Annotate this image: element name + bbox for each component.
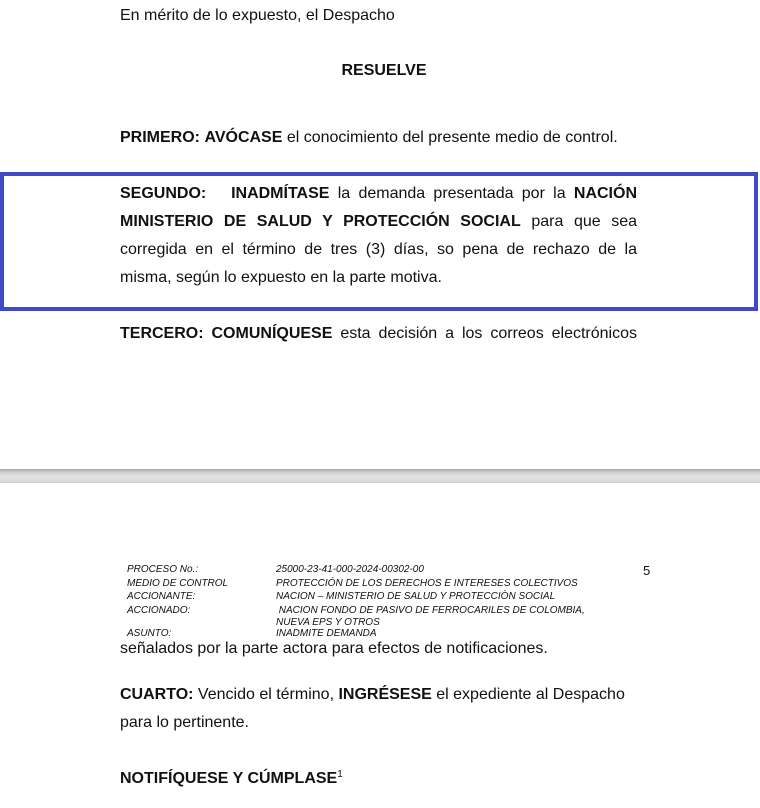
case-header-table: PROCESO No.:25000-23-41-000-2024-00302-0… — [127, 563, 596, 640]
tercero-continuation: señalados por la parte actora para efect… — [120, 635, 637, 663]
header-row-accionante: ACCIONANTE:NACION – MINISTERIO DE SALUD … — [127, 590, 596, 604]
page-separator — [0, 469, 760, 483]
header-row-medio: MEDIO DE CONTROLPROTECCIÓN DE LOS DERECH… — [127, 577, 596, 591]
footnote-reference[interactable]: 1 — [337, 769, 343, 780]
header-row-proceso: PROCESO No.:25000-23-41-000-2024-00302-0… — [127, 563, 596, 577]
header-row-accionado-cont: NUEVA EPS Y OTROS — [127, 617, 596, 628]
document-page-4: En mérito de lo expuesto, el Despacho RE… — [0, 0, 760, 469]
resuelve-heading: RESUELVE — [120, 57, 648, 85]
closing-formula: NOTIFÍQUESE Y CÚMPLASE1 — [120, 765, 637, 793]
page-number: 5 — [643, 563, 650, 578]
header-row-accionado: ACCIONADO: NACION FONDO DE PASIVO DE FER… — [127, 604, 596, 618]
cuarto-paragraph: CUARTO: Vencido el término, INGRÉSESE el… — [120, 681, 637, 737]
intro-paragraph: En mérito de lo expuesto, el Despacho — [120, 2, 637, 30]
tercero-paragraph: TERCERO: COMUNÍQUESE esta decisión a los… — [120, 320, 637, 348]
primero-paragraph: PRIMERO: AVÓCASE el conocimiento del pre… — [120, 124, 637, 152]
segundo-paragraph: SEGUNDO: INADMÍTASE la demanda presentad… — [120, 180, 637, 292]
